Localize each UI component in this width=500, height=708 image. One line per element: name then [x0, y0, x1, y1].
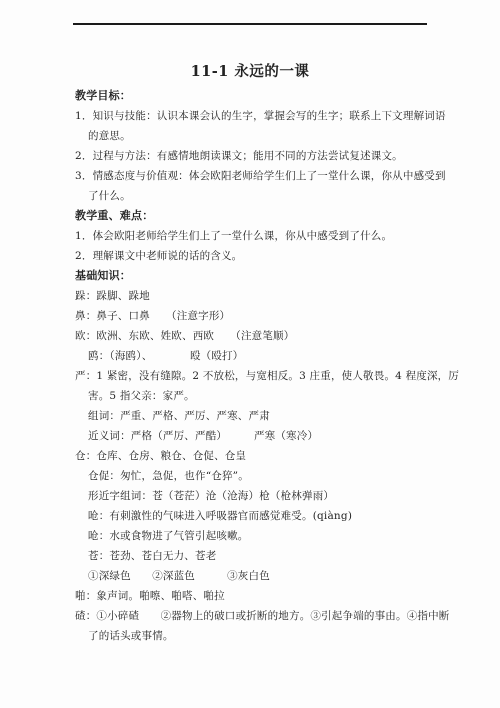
text-line: 形近字组词：苍（苍茫）沧（沧海）枪（枪林弹雨） [75, 486, 445, 506]
text-line: 欧：欧洲、东欧、姓欧、西欧 （注意笔顺） [75, 326, 445, 346]
text-line: 鼻：鼻子、口鼻 （注意字形） [75, 306, 445, 326]
text-line: 苍：苍劲、苍白无力、苍老 [75, 546, 445, 566]
section-heading: 基础知识： [75, 266, 445, 286]
section-heading: 教学重、难点： [75, 206, 445, 226]
text-line: 啪：象声词。啪嚓、啪嗒、啪拉 [75, 586, 445, 606]
header-divider [73, 23, 427, 25]
text-line: ①深绿色 ②深蓝色 ③灰白色 [75, 566, 445, 586]
text-line: 3．情感态度与价值观：体会欧阳老师给学生们上了一堂什么课，你从中感受到 [75, 166, 445, 186]
text-line: 仓促：匆忙，急促，也作“仓猝”。 [75, 466, 445, 486]
text-line: 了的话头或事情。 [75, 626, 445, 646]
section-heading: 教学目标： [75, 86, 445, 106]
text-line: 呛：水或食物进了气管引起咳嗽。 [75, 526, 445, 546]
document-page: 11-1 永远的一课 教学目标：1．知识与技能：认识本课会认的生字，掌握会写的生… [0, 0, 500, 708]
text-line: 仓：仓库、仓房、粮仓、仓促、仓皇 [75, 446, 445, 466]
text-line: 近义词：严格（严厉、严酷） 严寒（寒冷） [75, 426, 445, 446]
text-line: 鸥：（海鸥）、 殴（殴打） [75, 346, 445, 366]
text-line: 害。5 指父亲：家严。 [75, 386, 445, 406]
text-line: 2．理解课文中老师说的话的含义。 [75, 246, 445, 266]
text-line: 组词：严重、严格、严厉、严寒、严肃 [75, 406, 445, 426]
text-line: 呛：有刺激性的气味进入呼吸器官而感觉难受。(qiàng) [75, 506, 445, 526]
text-line: 的意思。 [75, 126, 445, 146]
text-line: 2．过程与方法：有感情地朗读课文；能用不同的方法尝试复述课文。 [75, 146, 445, 166]
text-line: 了什么。 [75, 186, 445, 206]
page-title: 11-1 永远的一课 [0, 63, 500, 81]
text-line: 1．知识与技能：认识本课会认的生字，掌握会写的生字；联系上下文理解词语 [75, 106, 445, 126]
text-line: 碴：①小碎碴 ②器物上的破口或折断的地方。③引起争端的事由。④指中断 [75, 606, 445, 626]
text-line: 1．体会欧阳老师给学生们上了一堂什么课，你从中感受到了什么。 [75, 226, 445, 246]
document-body: 教学目标：1．知识与技能：认识本课会认的生字，掌握会写的生字；联系上下文理解词语… [75, 86, 445, 646]
text-line: 跺：跺脚、跺地 [75, 286, 445, 306]
text-line: 严：1 紧密，没有缝隙。2 不放松，与宽相反。3 庄重，使人敬畏。4 程度深，厉 [75, 366, 445, 386]
